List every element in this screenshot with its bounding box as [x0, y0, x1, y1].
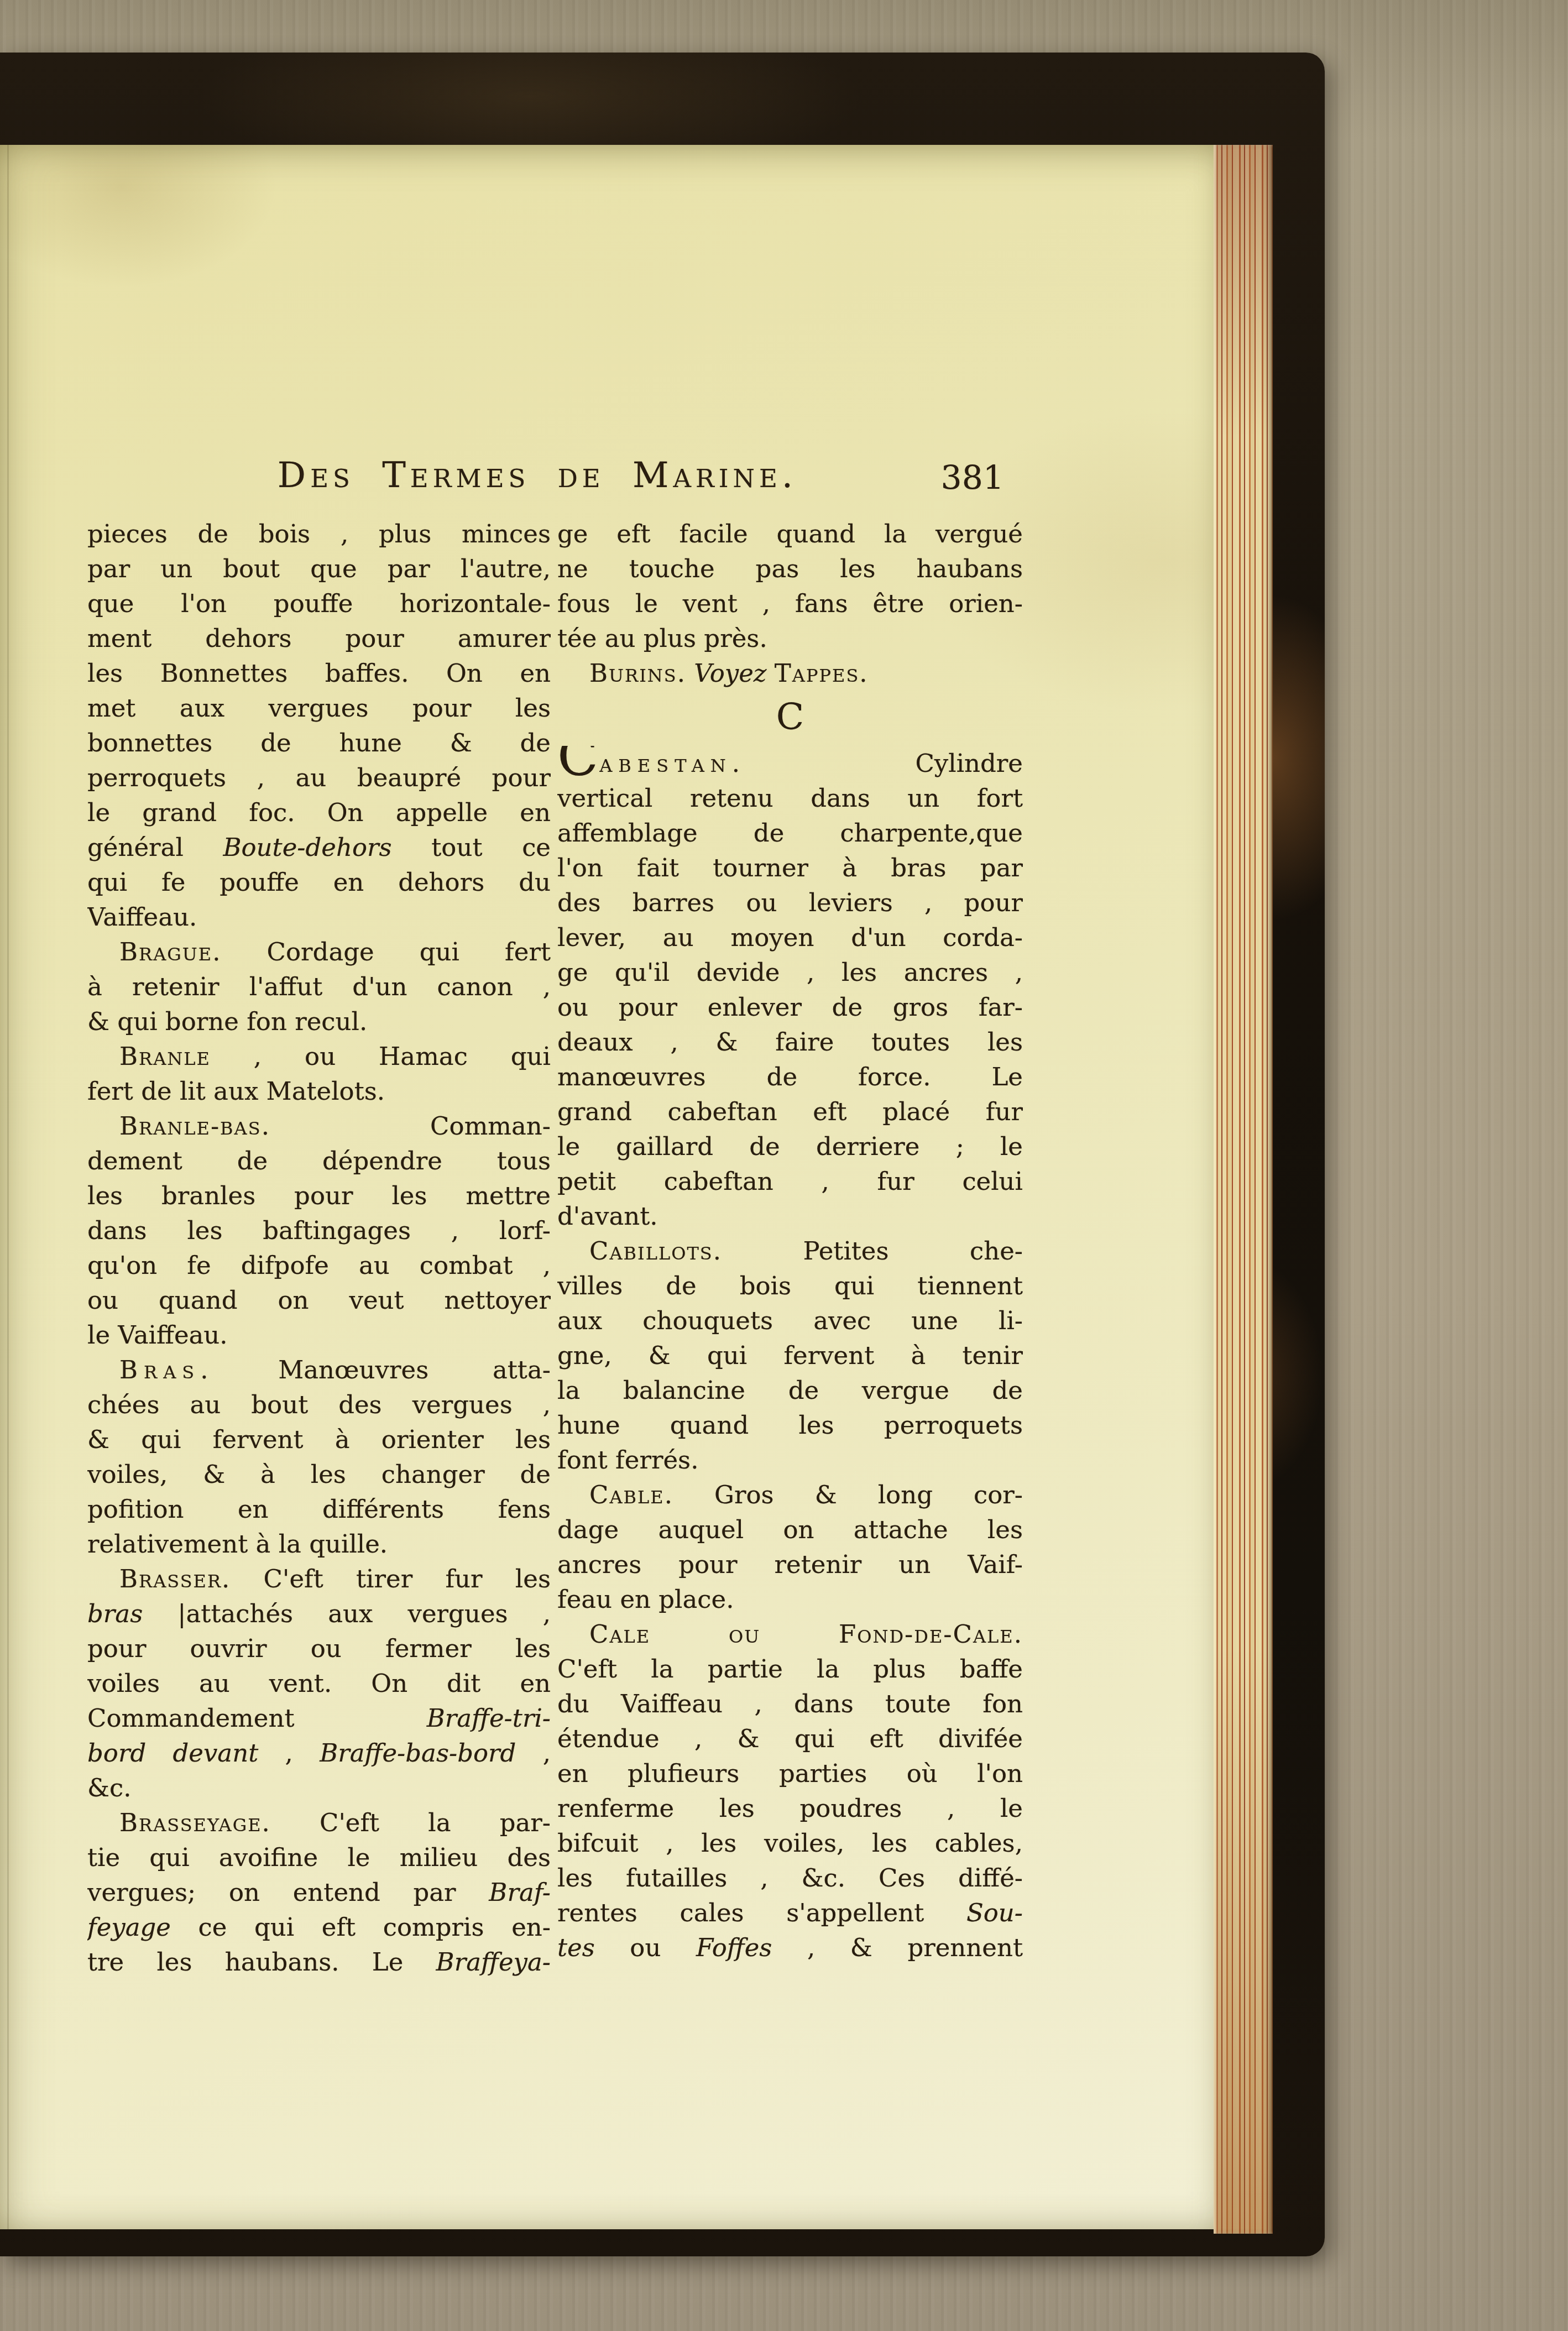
text-segment: renferme les poudres , le [557, 1794, 1023, 1823]
text-line: les branles pour les mettre [87, 1178, 551, 1213]
text-line: bonnettes de hune & de [87, 725, 551, 760]
text-segment: , ou Hamac qui [211, 1042, 551, 1071]
text-segment: les Bonnettes baffes. On en [87, 658, 551, 688]
text-line: ou quand on veut nettoyer [87, 1283, 551, 1318]
text-line: rentes cales s'appellent Sou- [557, 1895, 1023, 1930]
text-segment: Braffe-bas-bord [320, 1738, 516, 1768]
text-segment: Cordage qui fert [221, 937, 551, 966]
text-segment: vergues; on entend par [87, 1878, 489, 1907]
text-segment: les branles pour les mettre [87, 1181, 551, 1210]
text-segment: C [557, 746, 599, 781]
text-segment: dement de dépendre tous [87, 1146, 551, 1175]
text-segment: & qui borne fon recul. [87, 1007, 367, 1036]
text-segment: du Vaiffeau , dans toute fon [557, 1689, 1023, 1718]
text-segment: ne touche pas les haubans [557, 554, 1023, 583]
entry-headword: Brasser. [119, 1564, 231, 1593]
book-page: Des Termes de Marine. 381 pieces de bois… [0, 145, 1214, 2229]
text-segment: le gaillard de derriere ; le [557, 1132, 1023, 1161]
text-segment: Manœuvres atta- [215, 1355, 551, 1384]
text-line: vergues; on entend par Braf- [87, 1875, 551, 1910]
text-segment: relativement à la quille. [87, 1529, 388, 1559]
text-segment: ge qu'il devide , les ancres , [557, 958, 1023, 987]
text-segment: gne, & qui fervent à tenir [557, 1341, 1023, 1370]
text-segment: Comman- [270, 1111, 551, 1141]
text-line: Cabestan. Cylindre [557, 746, 1023, 781]
text-segment: par un bout que par l'autre, [87, 554, 551, 583]
text-line: le Vaiffeau. [87, 1318, 551, 1352]
entry-headword: Tappes. [775, 658, 869, 688]
text-line: Commandement Braffe-tri- [87, 1701, 551, 1736]
text-segment: ou pour enlever de gros far- [557, 992, 1023, 1022]
text-line: bord devant , Braffe-bas-bord , [87, 1736, 551, 1770]
text-line: le gaillard de derriere ; le [557, 1129, 1023, 1164]
text-line: Cable. Gros & long cor- [557, 1477, 1023, 1512]
text-segment: pour ouvrir ou fermer les [87, 1634, 551, 1663]
text-segment: voiles au vent. On dit en [87, 1669, 551, 1698]
text-line: dement de dépendre tous [87, 1143, 551, 1178]
text-line: petit cabeftan , fur celui [557, 1164, 1023, 1199]
text-segment: Commandement [87, 1703, 427, 1733]
text-line: des barres ou leviers , pour [557, 885, 1023, 920]
text-segment: pofition en différents fens [87, 1494, 551, 1524]
text-segment: C'eft la par- [271, 1808, 551, 1837]
text-line: gne, & qui fervent à tenir [557, 1338, 1023, 1373]
text-line: & qui borne fon recul. [87, 1004, 551, 1039]
text-segment: Sou- [966, 1898, 1023, 1927]
text-segment: dans les baftingages , lorf- [87, 1216, 551, 1245]
text-line: la balancine de vergue de [557, 1373, 1023, 1408]
text-line: manœuvres de force. Le [557, 1059, 1023, 1094]
text-line: d'avant. [557, 1199, 1023, 1234]
text-line: bifcuit , les voiles, les cables, [557, 1826, 1023, 1860]
text-line: & qui fervent à orienter les [87, 1422, 551, 1457]
entry-headword: Cabillots. [589, 1236, 722, 1266]
text-segment: ou quand on veut nettoyer [87, 1285, 551, 1315]
entry-headword: Cale ou Fond-de-Cale. [589, 1619, 1023, 1649]
text-line: perroquets , au beaupré pour [87, 760, 551, 795]
text-line: pofition en différents fens [87, 1492, 551, 1527]
scanned-book-photo: { "header": { "title": "Des Termes de Ma… [0, 0, 1568, 2331]
text-line: fous le vent , fans être orien- [557, 586, 1023, 621]
text-line: ne touche pas les haubans [557, 551, 1023, 586]
text-segment: rentes cales s'appellent [557, 1898, 966, 1927]
text-line: dans les baftingages , lorf- [87, 1213, 551, 1248]
text-segment [686, 658, 694, 688]
text-line: Cale ou Fond-de-Cale. [557, 1617, 1023, 1651]
text-segment: fert de lit aux Matelots. [87, 1076, 385, 1106]
text-line: fert de lit aux Matelots. [87, 1074, 551, 1109]
entry-headword: Bras. [119, 1355, 215, 1384]
text-segment: grand cabeftan eft placé fur [557, 1097, 1023, 1126]
section-heading: C [557, 691, 1023, 746]
text-segment: les futailles , &c. Ces diffé- [557, 1863, 1023, 1893]
text-segment: , [258, 1738, 320, 1768]
text-line: &c. [87, 1770, 551, 1805]
text-line: l'on fait tourner à bras par [557, 850, 1023, 885]
text-segment: Braffeya- [436, 1947, 551, 1977]
text-line: voiles, & à les changer de [87, 1457, 551, 1492]
text-line: les futailles , &c. Ces diffé- [557, 1860, 1023, 1895]
text-line: relativement à la quille. [87, 1527, 551, 1561]
text-segment: font ferrés. [557, 1445, 698, 1475]
text-segment: chées au bout des vergues , [87, 1390, 551, 1419]
text-line: font ferrés. [557, 1442, 1023, 1477]
entry-headword: Burins. [589, 658, 686, 688]
text-segment: l'on fait tourner à bras par [557, 853, 1023, 882]
text-segment: C'eft tirer fur les [231, 1564, 551, 1593]
entry-headword: Branle [119, 1042, 211, 1071]
text-segment: Cylindre [746, 749, 1023, 778]
text-segment: le grand foc. On appelle en [87, 798, 551, 827]
text-segment: que l'on pouffe horizontale- [87, 589, 551, 618]
text-segment: des barres ou leviers , pour [557, 888, 1023, 917]
text-segment: manœuvres de force. Le [557, 1062, 1023, 1091]
text-segment: Voyez [694, 658, 766, 688]
text-line: général Boute-dehors tout ce [87, 830, 551, 865]
text-line: feau en place. [557, 1582, 1023, 1617]
text-segment: feau en place. [557, 1585, 734, 1614]
text-segment: voiles, & à les changer de [87, 1460, 551, 1489]
text-segment: & qui fervent à orienter les [87, 1425, 551, 1454]
text-segment: C'eft la partie la plus baffe [557, 1654, 1023, 1684]
left-column: pieces de bois , plus mincespar un bout … [87, 516, 551, 1979]
text-line: Brasser. C'eft tirer fur les [87, 1561, 551, 1596]
text-segment: hune quand les perroquets [557, 1410, 1023, 1440]
text-line: tes ou Foffes , & prennent [557, 1930, 1023, 1965]
text-line: Bras. Manœuvres atta- [87, 1352, 551, 1387]
text-segment: Braf- [489, 1878, 551, 1907]
text-line: C'eft la partie la plus baffe [557, 1651, 1023, 1686]
text-segment: le Vaiffeau. [87, 1320, 228, 1350]
text-line: ge eft facile quand la vergué [557, 516, 1023, 551]
text-segment [767, 658, 775, 688]
entry-headword: Brague. [119, 937, 221, 966]
text-line: hune quand les perroquets [557, 1408, 1023, 1442]
text-line: ancres pour retenir un Vaif- [557, 1547, 1023, 1582]
text-segment: tes [557, 1933, 595, 1962]
text-line: feyage ce qui eft compris en- [87, 1910, 551, 1945]
text-line: grand cabeftan eft placé fur [557, 1094, 1023, 1129]
text-segment: aux chouquets avec une li- [557, 1306, 1023, 1335]
text-segment: Gros & long cor- [673, 1480, 1023, 1509]
text-line: qui fe pouffe en dehors du [87, 865, 551, 900]
text-segment: d'avant. [557, 1201, 658, 1231]
text-segment: la balancine de vergue de [557, 1376, 1023, 1405]
text-line: tie qui avoifine le milieu des [87, 1840, 551, 1875]
text-line: tre les haubans. Le Braffeya- [87, 1945, 551, 1979]
text-segment: étendue , & qui eft divifée [557, 1724, 1023, 1753]
text-segment: général [87, 833, 223, 862]
text-line: Brague. Cordage qui fert [87, 934, 551, 969]
text-line: pieces de bois , plus minces [87, 516, 551, 551]
text-segment: bras [87, 1599, 143, 1628]
text-line: le grand foc. On appelle en [87, 795, 551, 830]
text-segment: Braffe-tri- [427, 1703, 551, 1733]
text-line: Vaiffeau. [87, 900, 551, 934]
text-line: affemblage de charpente,que [557, 816, 1023, 850]
text-segment: pieces de bois , plus minces [87, 519, 551, 548]
text-segment: feyage [87, 1912, 171, 1942]
text-segment: tée au plus près. [557, 624, 767, 653]
text-segment: ou [595, 1933, 696, 1962]
text-segment: tre les haubans. Le [87, 1947, 436, 1977]
text-line: tée au plus près. [557, 621, 1023, 656]
text-line: ment dehors pour amurer [87, 621, 551, 656]
text-segment: bord devant [87, 1738, 258, 1768]
text-segment: tout ce [392, 833, 551, 862]
text-line: en plufieurs parties où l'on [557, 1756, 1023, 1791]
text-line: par un bout que par l'autre, [87, 551, 551, 586]
text-line: qu'on fe difpofe au combat , [87, 1248, 551, 1283]
text-segment: qu'on fe difpofe au combat , [87, 1251, 551, 1280]
text-segment: Boute-dehors [223, 833, 391, 862]
text-line: Cabillots. Petites che- [557, 1234, 1023, 1268]
text-segment: |attachés aux vergues , [143, 1599, 551, 1628]
text-segment: villes de bois qui tiennent [557, 1271, 1023, 1300]
text-segment: à retenir l'affut d'un canon , [87, 972, 551, 1001]
page-number: 381 [855, 459, 1004, 498]
text-line: chées au bout des vergues , [87, 1387, 551, 1422]
text-line: dage auquel on attache les [557, 1512, 1023, 1547]
text-segment: bifcuit , les voiles, les cables, [557, 1828, 1023, 1858]
text-segment: ment dehors pour amurer [87, 624, 551, 653]
text-line: lever, au moyen d'un corda- [557, 920, 1023, 955]
text-segment: dage auquel on attache les [557, 1515, 1023, 1544]
text-line: ou pour enlever de gros far- [557, 990, 1023, 1025]
text-line: voiles au vent. On dit en [87, 1666, 551, 1701]
text-segment: ge eft facile quand la vergué [557, 519, 1023, 548]
text-line: que l'on pouffe horizontale- [87, 586, 551, 621]
text-segment: Vaiffeau. [87, 902, 197, 932]
text-segment: tie qui avoifine le milieu des [87, 1843, 551, 1872]
text-segment: met aux vergues pour les [87, 693, 551, 723]
text-line: deaux , & faire toutes les [557, 1025, 1023, 1059]
text-segment: fous le vent , fans être orien- [557, 589, 1023, 618]
text-line: du Vaiffeau , dans toute fon [557, 1686, 1023, 1721]
text-line: ge qu'il devide , les ancres , [557, 955, 1023, 990]
text-line: les Bonnettes baffes. On en [87, 656, 551, 691]
text-segment: , & prennent [772, 1933, 1023, 1962]
text-segment: ancres pour retenir un Vaif- [557, 1550, 1023, 1579]
text-line: aux chouquets avec une li- [557, 1303, 1023, 1338]
text-line: étendue , & qui eft divifée [557, 1721, 1023, 1756]
text-segment: , [516, 1738, 551, 1768]
text-segment: petit cabeftan , fur celui [557, 1167, 1023, 1196]
entry-headword: Branle-bas. [119, 1111, 270, 1141]
text-line: Brasseyage. C'eft la par- [87, 1805, 551, 1840]
entry-headword: abestan. [599, 749, 746, 778]
text-segment: qui fe pouffe en dehors du [87, 867, 551, 897]
text-segment: perroquets , au beaupré pour [87, 763, 551, 792]
page-fore-edge [1214, 145, 1273, 2234]
text-line: à retenir l'affut d'un canon , [87, 969, 551, 1004]
text-segment: vertical retenu dans un fort [557, 783, 1023, 813]
text-segment: Petites che- [722, 1236, 1023, 1266]
text-line: vertical retenu dans un fort [557, 781, 1023, 816]
text-line: bras |attachés aux vergues , [87, 1596, 551, 1631]
text-segment: &c. [87, 1773, 132, 1802]
text-segment: lever, au moyen d'un corda- [557, 923, 1023, 952]
text-segment: en plufieurs parties où l'on [557, 1759, 1023, 1788]
text-segment: bonnettes de hune & de [87, 728, 551, 757]
text-line: met aux vergues pour les [87, 691, 551, 725]
right-column: ge eft facile quand la verguéne touche p… [557, 516, 1023, 1965]
text-segment: ce qui eft compris en- [171, 1912, 551, 1942]
text-segment: deaux , & faire toutes les [557, 1027, 1023, 1057]
text-segment: affemblage de charpente,que [557, 818, 1023, 848]
text-segment: Foffes [696, 1933, 772, 1962]
text-line: Branle-bas. Comman- [87, 1109, 551, 1143]
entry-headword: Brasseyage. [119, 1808, 271, 1837]
text-line: Branle , ou Hamac qui [87, 1039, 551, 1074]
text-line: pour ouvrir ou fermer les [87, 1631, 551, 1666]
entry-headword: Cable. [589, 1480, 673, 1509]
text-line: renferme les poudres , le [557, 1791, 1023, 1826]
text-line: villes de bois qui tiennent [557, 1268, 1023, 1303]
text-line: Burins. Voyez Tappes. [557, 656, 1023, 691]
